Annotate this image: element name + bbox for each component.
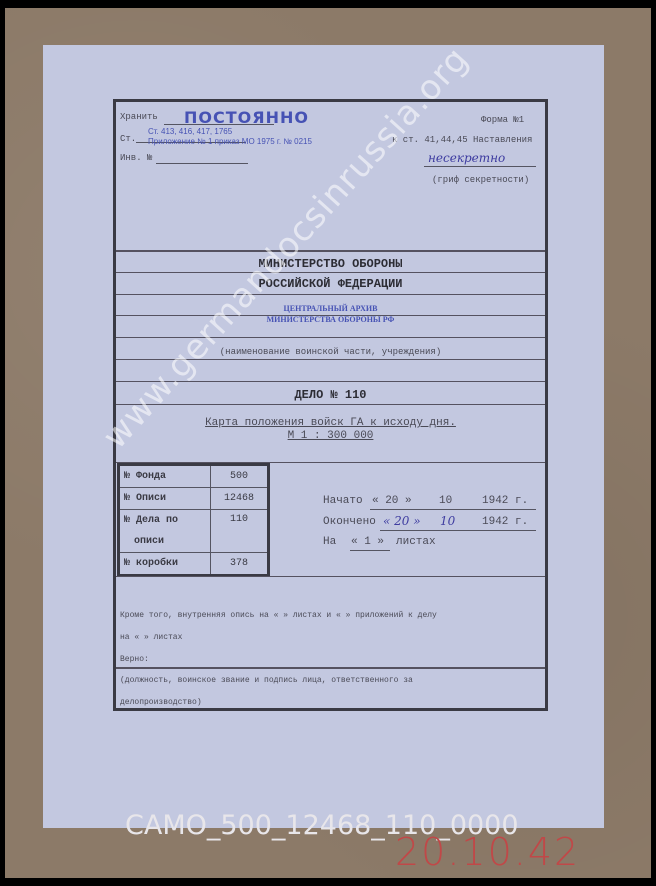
delo-value: 110	[211, 510, 269, 553]
inventory-number-underline	[156, 163, 248, 164]
divider	[116, 250, 545, 252]
inventory-note-line1: Кроме того, внутренняя опись на « » лист…	[120, 611, 437, 620]
inventory-number-label: Инв. №	[120, 153, 152, 163]
ended-label: Окончено	[323, 516, 376, 528]
table-row: № Дела по 110	[119, 510, 269, 532]
delo-label-cont: описи	[119, 531, 211, 553]
responsible-line2: делопроизводство)	[120, 698, 202, 707]
table-row: № Описи 12468	[119, 488, 269, 510]
fond-label: № Фонда	[119, 465, 211, 488]
secrecy-label: (гриф секретности)	[432, 175, 529, 185]
ended-underline	[380, 530, 536, 531]
table-row: № Фонда 500	[119, 465, 269, 488]
divider	[116, 576, 545, 577]
table-row: № коробки 378	[119, 553, 269, 576]
opis-value: 12468	[211, 488, 269, 510]
case-description-line2: М 1 : 300 000	[116, 430, 545, 442]
inventory-note-line2: на « » листах	[120, 633, 182, 642]
article-stamp-line1: Ст. 413, 416, 417, 1765	[148, 127, 232, 136]
ended-day-handwritten: « 20 »	[383, 514, 421, 528]
opis-label: № Описи	[119, 488, 211, 510]
archive-stamp-line1: ЦЕНТРАЛЬНЫЙ АРХИВ	[116, 304, 545, 313]
started-year: 1942 г.	[482, 495, 528, 507]
divider	[116, 404, 545, 405]
started-underline	[370, 509, 536, 510]
fond-value: 500	[211, 465, 269, 488]
sheets-prefix: На	[323, 536, 336, 548]
ended-month-handwritten: 10	[440, 514, 455, 528]
started-day: « 20 »	[372, 495, 412, 507]
article-label: Ст.	[120, 134, 136, 144]
started-label: Начато	[323, 495, 363, 507]
handwritten-red-date: 20.10.42	[395, 830, 580, 874]
box-value: 378	[211, 553, 269, 576]
sheets-underline	[350, 550, 390, 551]
divider	[116, 272, 545, 273]
responsible-line1: (должность, воинское звание и подпись ли…	[120, 676, 413, 685]
started-month: 10	[439, 495, 452, 507]
box-label: № коробки	[119, 553, 211, 576]
divider	[116, 294, 545, 295]
archive-stamp-line2: МИНИСТЕРСТВА ОБОРОНЫ РФ	[116, 315, 545, 324]
sheets-count: « 1 »	[351, 536, 384, 548]
ministry-line2: РОССИЙСКОЙ ФЕДЕРАЦИИ	[116, 277, 545, 291]
sheets-suffix: листах	[396, 536, 436, 548]
article-stamp-line2: Приложение № 1 приказ МО 1975 г. № 0215	[148, 137, 312, 146]
keep-label: Хранить	[120, 112, 158, 122]
ended-year: 1942 г.	[482, 516, 528, 528]
ministry-line1: МИНИСТЕРСТВО ОБОРОНЫ	[116, 257, 545, 271]
divider	[116, 667, 545, 669]
form-label: Форма №1	[481, 115, 524, 125]
archive-info-table: № Фонда 500 № Описи 12468 № Дела по 110 …	[117, 463, 270, 577]
case-description-line1: Карта положения войск ГА к исходу дня.	[116, 417, 545, 429]
keep-value-stamp: ПОСТОЯННО	[184, 108, 309, 127]
secrecy-underline	[424, 166, 536, 167]
secrecy-value-handwritten: несекретно	[428, 151, 505, 165]
certified-label: Верно:	[120, 655, 149, 664]
delo-label: № Дела по	[119, 510, 211, 532]
